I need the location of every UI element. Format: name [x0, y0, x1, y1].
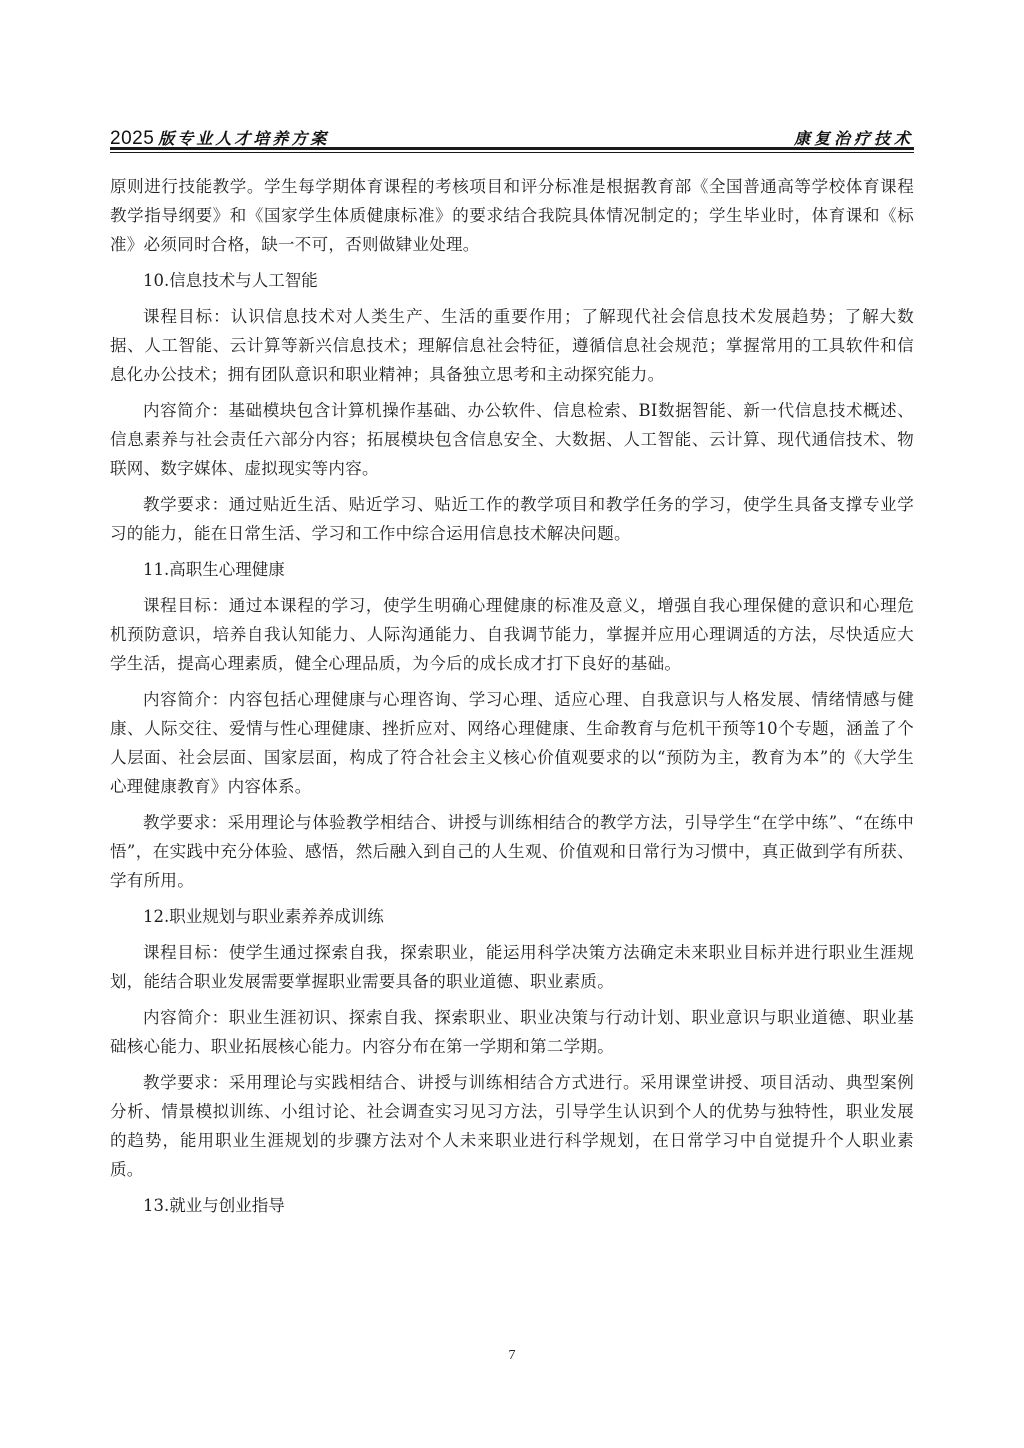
page-content: 原则进行技能教学。学生每学期体育课程的考核项目和评分标准是根据教育部《全国普通高…: [110, 172, 914, 1227]
req-text: 采用理论与体验教学相结合、讲授与训练相结合的教学方法，引导学生“在学中练”、“在…: [110, 813, 914, 890]
section-heading: 13.就业与创业指导: [110, 1191, 914, 1220]
req-label: 教学要求：: [143, 813, 228, 832]
teaching-req-paragraph: 教学要求：采用理论与体验教学相结合、讲授与训练相结合的教学方法，引导学生“在学中…: [110, 808, 914, 895]
goal-label: 课程目标：: [143, 307, 231, 326]
course-section-10: 10.信息技术与人工智能 课程目标：认识信息技术对人类生产、生活的重要作用；了解…: [110, 266, 914, 548]
intro-text: 内容包括心理健康与心理咨询、学习心理、适应心理、自我意识与人格发展、情绪情感与健…: [110, 690, 914, 796]
content-intro-paragraph: 内容简介：内容包括心理健康与心理咨询、学习心理、适应心理、自我意识与人格发展、情…: [110, 685, 914, 801]
intro-label: 内容简介：: [143, 401, 228, 420]
content-intro-paragraph: 内容简介：职业生涯初识、探索自我、探索职业、职业决策与行动计划、职业意识与职业道…: [110, 1003, 914, 1061]
req-label: 教学要求：: [143, 1073, 229, 1092]
course-goal-paragraph: 课程目标：认识信息技术对人类生产、生活的重要作用；了解现代社会信息技术发展趋势；…: [110, 302, 914, 389]
goal-text: 通过本课程的学习，使学生明确心理健康的标准及意义，增强自我心理保健的意识和心理危…: [110, 596, 914, 673]
section-heading: 10.信息技术与人工智能: [110, 266, 914, 295]
intro-text: 基础模块包含计算机操作基础、办公软件、信息检索、BI数据智能、新一代信息技术概述…: [110, 401, 914, 478]
intro-label: 内容简介：: [143, 690, 229, 709]
running-header: 2025 版专业人才培养方案 康复治疗技术: [110, 120, 914, 150]
section-heading: 11.高职生心理健康: [110, 555, 914, 584]
goal-text: 认识信息技术对人类生产、生活的重要作用；了解现代社会信息技术发展趋势；了解大数据…: [110, 307, 914, 384]
req-text: 采用理论与实践相结合、讲授与训练相结合方式进行。采用课堂讲授、项目活动、典型案例…: [110, 1073, 914, 1179]
teaching-req-paragraph: 教学要求：采用理论与实践相结合、讲授与训练相结合方式进行。采用课堂讲授、项目活动…: [110, 1068, 914, 1184]
course-section-12: 12.职业规划与职业素养养成训练 课程目标：使学生通过探索自我，探索职业，能运用…: [110, 902, 914, 1184]
course-section-11: 11.高职生心理健康 课程目标：通过本课程的学习，使学生明确心理健康的标准及意义…: [110, 555, 914, 895]
teaching-req-paragraph: 教学要求：通过贴近生活、贴近学习、贴近工作的教学项目和教学任务的学习，使学生具备…: [110, 490, 914, 548]
intro-label: 内容简介：: [143, 1008, 229, 1027]
req-text: 通过贴近生活、贴近学习、贴近工作的教学项目和教学任务的学习，使学生具备支撑专业学…: [110, 495, 914, 543]
course-goal-paragraph: 课程目标：通过本课程的学习，使学生明确心理健康的标准及意义，增强自我心理保健的意…: [110, 591, 914, 678]
section-heading: 12.职业规划与职业素养养成训练: [110, 902, 914, 931]
document-page: 2025 版专业人才培养方案 康复治疗技术 原则进行技能教学。学生每学期体育课程…: [0, 0, 1024, 1448]
course-goal-paragraph: 课程目标：使学生通过探索自我，探索职业，能运用科学决策方法确定未来职业目标并进行…: [110, 938, 914, 996]
header-rule-thin: [110, 152, 914, 153]
goal-label: 课程目标：: [143, 596, 229, 615]
course-section-13: 13.就业与创业指导: [110, 1191, 914, 1220]
content-intro-paragraph: 内容简介：基础模块包含计算机操作基础、办公软件、信息检索、BI数据智能、新一代信…: [110, 396, 914, 483]
intro-text: 职业生涯初识、探索自我、探索职业、职业决策与行动计划、职业意识与职业道德、职业基…: [110, 1008, 914, 1056]
goal-text: 使学生通过探索自我，探索职业，能运用科学决策方法确定未来职业目标并进行职业生涯规…: [110, 943, 914, 991]
page-number: 7: [0, 1348, 1024, 1364]
goal-label: 课程目标：: [143, 943, 229, 962]
header-rule-thick: [110, 147, 914, 150]
req-label: 教学要求：: [143, 495, 229, 514]
continuation-paragraph: 原则进行技能教学。学生每学期体育课程的考核项目和评分标准是根据教育部《全国普通高…: [110, 172, 914, 259]
